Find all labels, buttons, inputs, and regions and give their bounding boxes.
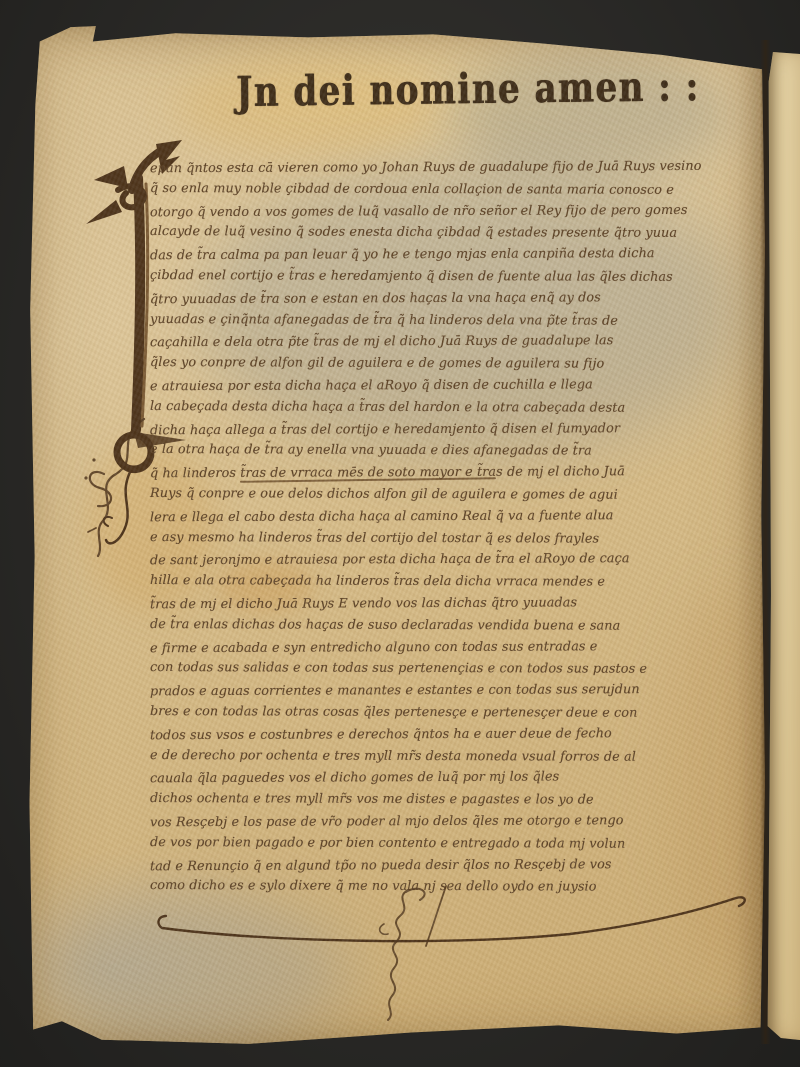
manuscript-line: tad e Renunçio q̃ en algund tp̃o no pued… [150,856,726,880]
manuscript-line: yuuadas e çinq̃nta afanegadas de t̃ra q̃… [150,312,726,336]
manuscript-line: lera e llega el cabo desta dicha haça al… [150,507,726,531]
adjacent-page-edge [767,52,800,1040]
manuscript-line: con todas sus salidas e con todas sus pe… [150,660,726,684]
manuscript-line: das de t̃ra calma pa pan leuar q̃ yo he … [150,246,726,270]
manuscript-line: Ruys q̃ conpre e oue delos dichos alfon … [150,486,726,510]
manuscript-line: todos sus vsos e costunbres e derechos q… [150,725,726,749]
manuscript-line: e la otra haça de t̃ra ay enella vna yuu… [150,442,726,466]
manuscript-line: q̃les yo conpre de alfon gil de aguilera… [150,355,726,379]
manuscript-line: hilla e ala otra cabeçada ha linderos t̃… [150,573,726,597]
manuscript-line: epan q̃ntos esta cā vieren como yo Johan… [150,159,726,183]
manuscript-line: dicha haça allega a t̃ras del cortijo e … [150,420,726,444]
manuscript-line: caçahilla e dela otra p̃te t̃ras de mj e… [150,333,726,357]
manuscript-line: de vos por bien pagado e por bien conten… [150,835,726,859]
heading-title: Jn dei nomine amen : : [236,63,656,117]
manuscript-line: e de derecho por ochenta e tres myll mr̃… [150,748,726,772]
manuscript-line: de t̃ra enlas dichas dos haças de suso d… [150,617,726,641]
manuscript-line: de sant jeronjmo e atrauiesa por esta di… [150,551,726,575]
manuscript-line: otorgo q̃ vendo a vos gomes de luq̃ vasa… [150,202,726,226]
manuscript-line: prados e aguas corrientes e manantes e e… [150,682,726,706]
photo-background: Jn dei nomine amen : : epan q̃nt [0,0,800,1067]
manuscript-line: cauala q̃la paguedes vos el dicho gomes … [150,769,726,793]
manuscript-line: q̃ ha linderos t̃ras de vrraca mēs de so… [150,464,726,488]
notary-rubric-icon [348,884,478,1024]
text-block: epan q̃ntos esta cā vieren como yo Johan… [150,160,726,901]
manuscript-line: çibdad enel cortijo e t̃ras e heredamjen… [150,268,726,292]
manuscript-line: la cabeçada desta dicha haça a t̃ras del… [150,399,726,423]
manuscript-line: e asy mesmo ha linderos t̃ras del cortij… [150,530,726,554]
gutter-crease [760,40,770,1044]
manuscript-line: alcayde de luq̃ vesino q̃ sodes enesta d… [150,224,726,248]
manuscript-line: e firme e acabada e syn entredicho algun… [150,638,726,662]
manuscript-line: q̃tro yuuadas de t̃ra son e estan en dos… [150,290,726,314]
manuscript-line: bres e con todas las otras cosas q̃les p… [150,704,726,728]
manuscript-line: vos Resçebj e los pase de vr̃o poder al … [150,813,726,837]
manuscript-line: e atrauiesa por esta dicha haça el aRoyo… [150,377,726,401]
manuscript-line: q̃ so enla muy noble çibdad de cordoua e… [150,181,726,205]
manuscript-line: t̃ras de mj el dicho Juā Ruys E vendo vo… [150,595,726,619]
manuscript-line: dichos ochenta e tres myll mr̃s vos me d… [150,791,726,815]
manuscript-page: Jn dei nomine amen : : epan q̃nt [28,22,765,1050]
